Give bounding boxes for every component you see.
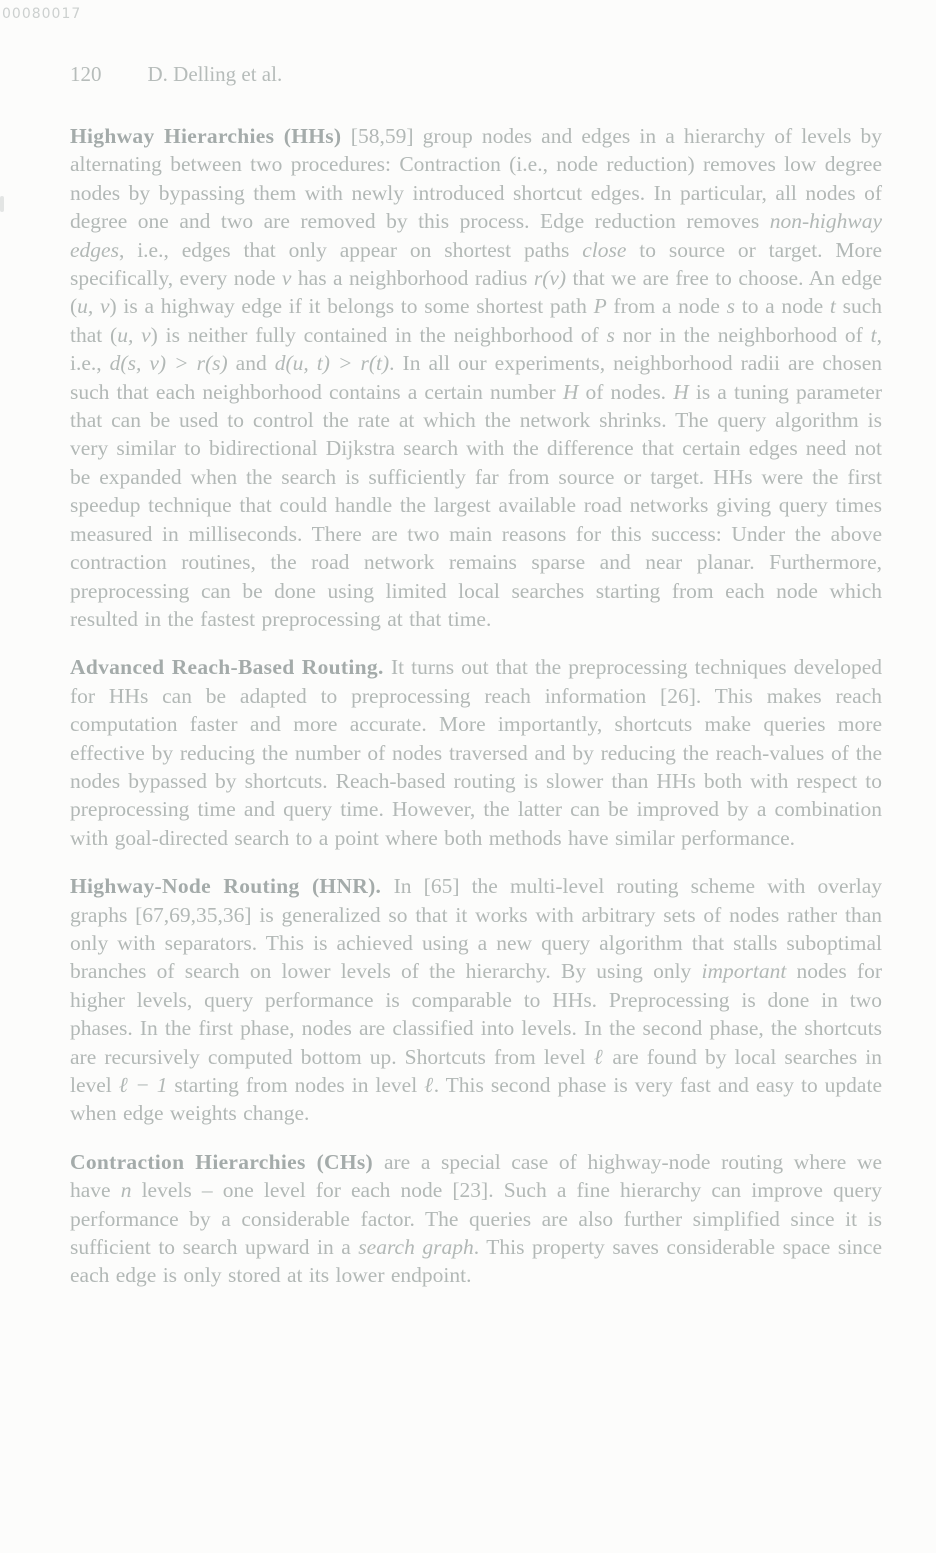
text-run: is a tuning parameter that can be used t… (70, 380, 882, 631)
paragraph-advanced-reach-based-routing: Advanced Reach-Based Routing. It turns o… (70, 653, 882, 852)
scan-smudge (0, 196, 4, 212)
text-run: ) is neither fully contained in the neig… (151, 323, 607, 347)
section-heading: Advanced Reach-Based Routing. (70, 655, 391, 679)
section-heading: Highway-Node Routing (HNR). (70, 874, 394, 898)
emphasized-text: r(v) (534, 266, 566, 290)
section-heading: Highway Hierarchies (HHs) (70, 124, 351, 148)
text-run: starting from nodes in level (167, 1073, 424, 1097)
emphasized-text: H (563, 380, 579, 404)
emphasized-text: ℓ − 1 (119, 1073, 168, 1097)
page-number: 120 (70, 62, 102, 87)
scan-watermark: 00080017 (2, 6, 81, 22)
emphasized-text: important (702, 959, 787, 983)
text-run: of nodes. (578, 380, 673, 404)
scanned-paper-page: 00080017 120D. Delling et al. Highway Hi… (0, 0, 936, 1553)
emphasized-text: u, v (77, 294, 109, 318)
text-run: from a node (607, 294, 727, 318)
emphasized-text: d(s, v) > r(s) (110, 351, 228, 375)
emphasized-text: close (582, 238, 626, 262)
emphasized-text: d(u, t) > r(t) (275, 351, 389, 375)
text-run: nor in the neighborhood of (615, 323, 871, 347)
running-title: D. Delling et al. (148, 62, 283, 86)
text-run: to a node (735, 294, 830, 318)
paragraph-highway-hierarchies: Highway Hierarchies (HHs) [58,59] group … (70, 122, 882, 633)
emphasized-text: s (727, 294, 735, 318)
section-heading: Contraction Hierarchies (CHs) (70, 1150, 384, 1174)
paragraph-contraction-hierarchies: Contraction Hierarchies (CHs) are a spec… (70, 1148, 882, 1290)
text-run: ) is a highway edge if it belongs to som… (110, 294, 594, 318)
text-run: and (228, 351, 275, 375)
emphasized-text: ℓ (424, 1073, 434, 1097)
emphasized-text: ℓ (594, 1045, 605, 1069)
emphasized-text: u, v (117, 323, 150, 347)
page-body-text: Highway Hierarchies (HHs) [58,59] group … (70, 122, 882, 1290)
paragraph-highway-node-routing: Highway-Node Routing (HNR). In [65] the … (70, 872, 882, 1128)
emphasized-text: H (673, 380, 689, 404)
text-run: , i.e., edges that only appear on shorte… (119, 238, 582, 262)
emphasized-text: s (607, 323, 615, 347)
emphasized-text: P (594, 294, 607, 318)
text-run: has a neighborhood radius (291, 266, 533, 290)
emphasized-text: n (121, 1178, 132, 1202)
emphasized-text: search graph (358, 1235, 473, 1259)
text-run: It turns out that the preprocessing tech… (70, 655, 882, 849)
page-header: 120D. Delling et al. (70, 62, 882, 87)
